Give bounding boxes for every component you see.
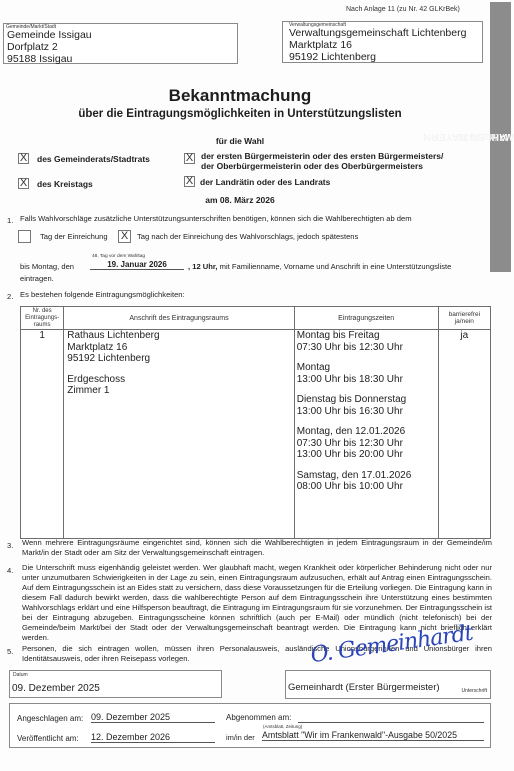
table-header-row: Nr. des Eintragungs-raums Anschrift des … xyxy=(21,307,491,330)
time-line: Samstag, den 17.01.2026 xyxy=(297,470,436,482)
time-line: Montag bis Freitag xyxy=(297,330,436,342)
publication-name: Amtsblatt "Wir im Frankenwald"-Ausgabe 5… xyxy=(262,730,484,741)
deadline-time: , 12 Uhr, xyxy=(188,262,218,271)
address-line: Marktplatz 16 xyxy=(67,342,291,354)
option-mayor: der ersten Bürgermeisterin oder des erst… xyxy=(201,152,443,171)
cell-address: Rathaus Lichtenberg Marktplatz 16 95192 … xyxy=(64,330,294,539)
posted-label: Angeschlagen am: xyxy=(17,714,83,723)
election-sidebar-banner: KOMMUNALWAHLEN BAYERN AM 08. März 2026 xyxy=(490,2,511,272)
municipality-box: Gemeinde/Markt/Stadt Gemeinde Issigau Do… xyxy=(3,23,238,64)
posting-record-box: Angeschlagen am: 09. Dezember 2025 Abgen… xyxy=(9,703,491,748)
administration-street: Marktplatz 16 xyxy=(289,39,466,51)
checkbox-district-administrator[interactable]: X xyxy=(184,176,195,187)
time-block: Dienstag bis Donnerstag 13:00 Uhr bis 16… xyxy=(297,394,436,417)
posted-date: 09. Dezember 2025 xyxy=(91,712,215,723)
deadline-hint: 48. Tag vor dem Wahltag xyxy=(92,254,145,259)
cell-accessible: ja xyxy=(438,330,490,539)
signature-label: Unterschrift xyxy=(461,688,487,694)
header-accessible: barrierefrei ja/nein xyxy=(438,307,490,330)
annex-reference: Nach Anlage 11 (zu Nr. 42 GLKrBek) xyxy=(346,6,460,13)
page-subtitle: über die Eintragungsmöglichkeiten in Unt… xyxy=(0,108,480,120)
checkbox-district-council[interactable]: X xyxy=(18,178,29,189)
election-heading: für die Wahl xyxy=(0,137,480,147)
publication-prefix: im/in der xyxy=(226,733,255,742)
section-5-number: 5. xyxy=(7,647,13,656)
administration-name: Verwaltungsgemeinschaft Lichtenberg xyxy=(289,27,466,39)
registration-table: Nr. des Eintragungs-raums Anschrift des … xyxy=(20,306,491,539)
option-district-council: des Kreistags xyxy=(37,180,93,190)
date-box: Datum 09. Dezember 2025 xyxy=(9,670,222,698)
time-line: 07:30 Uhr bis 12:30 Uhr xyxy=(297,342,436,354)
municipality-name: Gemeinde Issigau xyxy=(7,29,92,41)
removed-date xyxy=(298,712,484,723)
municipality-city: 95188 Issigau xyxy=(7,53,92,65)
section-1-text: Falls Wahlvorschläge zusätzliche Unterst… xyxy=(20,214,412,224)
page-title: Bekanntmachung xyxy=(0,86,480,106)
published-label: Veröffentlicht am: xyxy=(17,734,79,743)
table-row: 1 Rathaus Lichtenberg Marktplatz 16 9519… xyxy=(21,330,491,539)
municipality-street: Dorfplatz 2 xyxy=(7,41,92,53)
deadline-time-text: , 12 Uhr, mit Familienname, Vorname und … xyxy=(188,262,451,272)
administration-city: 95192 Lichtenberg xyxy=(289,51,466,63)
time-line: 08:00 Uhr bis 10:00 Uhr xyxy=(297,481,436,493)
option-municipal-council: des Gemeinderats/Stadtrats xyxy=(37,155,150,165)
time-line: 13:00 Uhr bis 20:00 Uhr xyxy=(297,449,436,461)
time-block: Montag 13:00 Uhr bis 18:30 Uhr xyxy=(297,362,436,385)
address-line: Rathaus Lichtenberg xyxy=(67,330,291,342)
deadline-prefix: bis Montag, den xyxy=(20,262,74,272)
deadline-suffix-2: eintragen. xyxy=(20,274,54,284)
signature-box: Gemeinhardt (Erster Bürgermeister) Unter… xyxy=(285,670,491,699)
published-date: 12. Dezember 2026 xyxy=(91,732,215,743)
time-line: 07:30 Uhr bis 12:30 Uhr xyxy=(297,438,436,450)
header-room-number: Nr. des Eintragungs-raums xyxy=(21,307,64,330)
removed-label: Abgenommen am: xyxy=(226,713,291,722)
deadline-suffix: mit Familienname, Vorname und Anschrift … xyxy=(218,262,452,271)
section-3-text: Wenn mehrere Eintragungsräume eingericht… xyxy=(22,538,492,558)
section-2-text: Es bestehen folgende Eintragungsmöglichk… xyxy=(20,290,185,300)
checkbox-day-of-submission[interactable] xyxy=(18,230,31,243)
cell-times: Montag bis Freitag 07:30 Uhr bis 12:30 U… xyxy=(294,330,438,539)
address-line: 95192 Lichtenberg xyxy=(67,353,291,365)
checkbox-mayor[interactable]: X xyxy=(184,153,195,164)
publication-hint: (Amtsblatt, Zeitung) xyxy=(263,724,302,729)
time-line: Montag, den 12.01.2026 xyxy=(297,426,436,438)
section-4-number: 4. xyxy=(7,566,13,575)
checkbox-municipal-council[interactable]: X xyxy=(18,153,29,164)
option-district-administrator: der Landrätin oder des Landrats xyxy=(200,178,330,188)
administration-box: Verwaltungsgemeinschaft Verwaltungsgemei… xyxy=(282,21,483,63)
header-address: Anschrift des Eintragungsraums xyxy=(64,307,294,330)
time-block: Montag, den 12.01.2026 07:30 Uhr bis 12:… xyxy=(297,426,436,461)
time-line: Dienstag bis Donnerstag xyxy=(297,394,436,406)
time-line: 13:00 Uhr bis 16:30 Uhr xyxy=(297,406,436,418)
header-times: Eintragungszeiten xyxy=(294,307,438,330)
time-block: Samstag, den 17.01.2026 08:00 Uhr bis 10… xyxy=(297,470,436,493)
signatory-name: Gemeinhardt (Erster Bürgermeister) xyxy=(288,682,440,693)
checkbox-day-after-submission[interactable]: X xyxy=(118,230,131,243)
option-mayor-line2: der Oberbürgermeisterin oder des Oberbür… xyxy=(201,162,443,172)
section-1-number: 1. xyxy=(7,216,13,225)
section-3-number: 3. xyxy=(7,541,13,550)
address-line: Erdgeschoss xyxy=(67,374,291,386)
time-block: Montag bis Freitag 07:30 Uhr bis 12:30 U… xyxy=(297,330,436,353)
deadline-date: 19. Januar 2026 xyxy=(90,260,184,270)
election-date: am 08. März 2026 xyxy=(0,196,480,206)
time-line: Montag xyxy=(297,362,436,374)
cell-room-number: 1 xyxy=(21,330,64,539)
option-day-after-submission: Tag nach der Einreichung des Wahlvorschl… xyxy=(137,232,358,242)
date-label: Datum xyxy=(13,673,28,678)
section-2-number: 2. xyxy=(7,292,13,301)
option-day-of-submission: Tag der Einreichung xyxy=(40,232,108,242)
address-line: Zimmer 1 xyxy=(67,385,291,397)
time-line: 13:00 Uhr bis 18:30 Uhr xyxy=(297,374,436,386)
date-value: 09. Dezember 2025 xyxy=(12,683,100,694)
